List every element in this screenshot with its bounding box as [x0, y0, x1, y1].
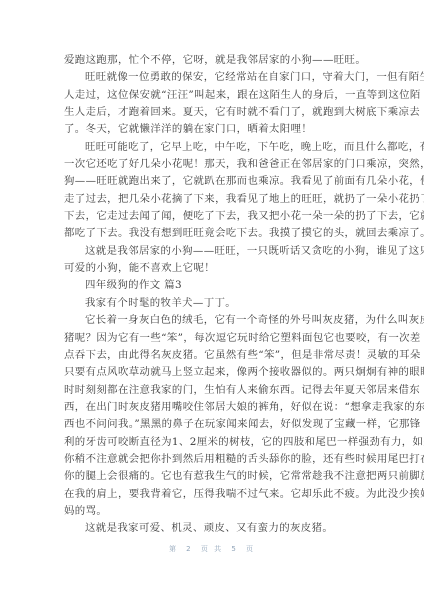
text-line: 西，在出门时灰皮猪用嘴咬住邻居大娘的裤角，好似在说：“想拿走我家的东: [64, 399, 356, 416]
text-line: 点吞下去，由此得名灰皮猪。它虽然有些“笨”，但是非常尽责！灵敏的耳朵: [64, 347, 356, 364]
section-heading: 四年级狗的作文 篇3: [64, 277, 356, 294]
document-page: 爱跑这跑那，忙个不停，它呀，就是我邻居家的小狗——旺旺。旺旺就像一位勇敢的保安，…: [0, 0, 424, 600]
text-line: 走了过去，把几朵小花摘了下来，我看见了地上的旺旺，就扔了一朵小花扔了: [64, 191, 356, 208]
text-line: 了。冬天，它就懒洋洋的躺在家门口，晒着太阳哩！: [64, 121, 356, 138]
text-line: 它长着一身灰白色的绒毛，它有一个奇怪的外号叫灰皮猪，为什么叫灰皮: [64, 312, 356, 329]
text-line: 生人走后，才跑着回来。夏天，它有时就不看门了，就跑到大树底下乘凉去: [64, 104, 356, 121]
text-line: 可爱的小狗，能不喜欢上它呢！: [64, 260, 356, 277]
text-line: 妈的骂。: [64, 503, 356, 520]
text-line: 时时刻刻都在注意我家的门，生怕有人来偷东西。记得去年夏天邻居来借东: [64, 382, 356, 399]
text-line: 人走过，这位保安就“汪汪”叫起来，跟在这陌生人的身后，一直等到这位陌: [64, 87, 356, 104]
text-line: 猪呢？因为它有一些“笨”，每次逗它玩时给它塑料面包它也要咬，有一次差: [64, 330, 356, 347]
text-line: 旺旺可能吃了，它早上吃，中午吃，下午吃，晚上吃，而且什么都吃，有: [64, 139, 356, 156]
text-line: 爱跑这跑那，忙个不停，它呀，就是我邻居家的小狗——旺旺。: [64, 52, 356, 69]
footer-suffix: 页: [246, 545, 255, 553]
total-pages-number: 5: [231, 545, 237, 553]
document-body: 爱跑这跑那，忙个不停，它呀，就是我邻居家的小狗——旺旺。旺旺就像一位勇敢的保安，…: [64, 52, 356, 538]
text-line: 我家有个时髦的牧羊犬—丁丁。: [64, 295, 356, 312]
text-line: 狗——旺旺就跑出来了，它就趴在那而也乘凉。我看见了前面有几朵小花，便: [64, 173, 356, 190]
text-line: 一次它还吃了好几朵小花呢！那天，我和爸爸正在邻居家的门口乘凉，突然，小: [64, 156, 356, 173]
text-line: 在我的肩上，要我背着它，压得我喘不过气来。它却乐此不疲。为此没少挨妈: [64, 486, 356, 503]
text-line: 这就是我邻居家的小狗——旺旺，一只既听话又贪吃的小狗，谁见了这只: [64, 243, 356, 260]
footer-prefix: 第: [169, 545, 178, 553]
footer-middle: 页 共: [201, 545, 223, 553]
text-line: 这就是我家可爱、机灵、顽皮、又有蛮力的灰皮猪。: [64, 520, 356, 537]
text-line: 利的牙齿可咬断直径为1、2厘米的树枝，它的四肢和尾巴一样强劲有力，如果: [64, 434, 356, 451]
text-line: 下去，它走过去闻了闻，便吃了下去，我又把小花一朵一朵的扔了下去，它就: [64, 208, 356, 225]
text-line: 西也不问问我。”黑黑的鼻子在玩家闻来闻去，好似发现了宝藏一样，它那锋: [64, 416, 356, 433]
page-footer: 第 2 页 共 5 页: [0, 544, 424, 554]
text-line: 都吃了下去。我没有想到旺旺竟会吃下去。我摸了摸它的头，就回去乘凉了。: [64, 225, 356, 242]
text-line: 旺旺就像一位勇敢的保安，它经常站在自家门口，守着大门，一但有陌生: [64, 69, 356, 86]
text-line: 你稍不注意就会把你扑到然后用粗糙的舌头舔你的脸，还有些时候用尾巴打在: [64, 451, 356, 468]
text-line: 你的腿上会很痛的。它也有惹我生气的时候，它常常趁我不注意把两只前脚放: [64, 468, 356, 485]
text-line: 只要有点风吹草动就马上竖立起来，像两个接收器似的。两只炯炯有神的眼睛: [64, 364, 356, 381]
current-page-number: 2: [186, 545, 192, 553]
